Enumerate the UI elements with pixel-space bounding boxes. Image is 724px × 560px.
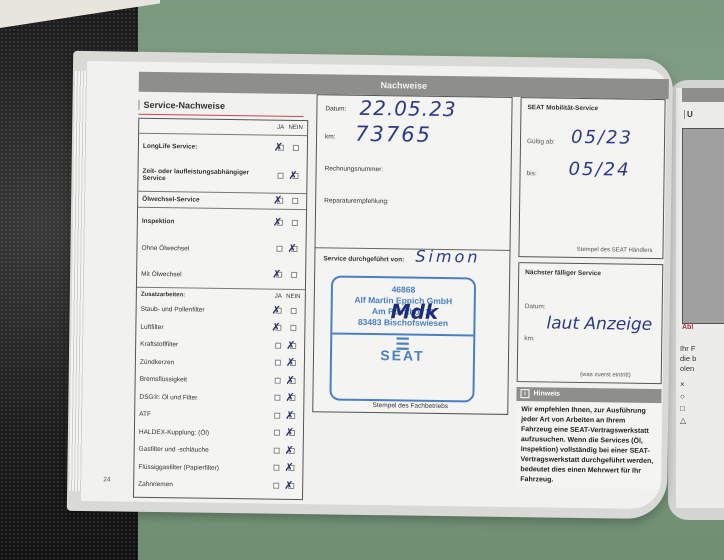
- naechster-datum-label: Datum:: [525, 303, 546, 310]
- checkbox-nein[interactable]: ✗: [286, 246, 301, 254]
- check-mark-icon: ✗: [288, 169, 297, 182]
- checklist-label: ATF: [139, 411, 269, 420]
- checklist-label: HALDEX-Kupplung: (Öl): [139, 429, 269, 438]
- gueltig-value: 05/23: [571, 127, 633, 149]
- checkbox-nein[interactable]: ✗: [284, 448, 299, 456]
- checklist-label: Flüssiggasfilter (Papierfilter): [138, 464, 268, 473]
- checkbox-ja[interactable]: [269, 412, 284, 420]
- reparaturempfehlung-label: Reparaturempfehlung:: [324, 197, 389, 205]
- checklist-label: DSG®: Öl und Filter: [139, 394, 269, 403]
- checklist-label: Mit Ölwechsel: [141, 270, 271, 279]
- checkbox-ja[interactable]: [269, 430, 284, 438]
- checkbox-nein[interactable]: ✗: [285, 378, 300, 386]
- next-page-red-label: Abl: [682, 324, 693, 331]
- checkbox-nein[interactable]: ✗: [284, 430, 299, 438]
- checkbox-ja[interactable]: ✗: [270, 325, 285, 333]
- column-nein: NEIN: [288, 125, 303, 131]
- column-ja: JA: [271, 293, 286, 299]
- check-mark-icon: ✗: [284, 461, 293, 474]
- page-number: 24: [103, 476, 110, 483]
- checkbox-nein[interactable]: ✗: [283, 483, 298, 491]
- checkbox-ja[interactable]: [272, 173, 287, 181]
- checkbox-nein[interactable]: ✗: [285, 343, 300, 351]
- checkbox-square-icon: [292, 144, 298, 150]
- column-ja: JA: [273, 125, 288, 131]
- checklist-row: Zahnriemen✗: [134, 476, 302, 496]
- check-mark-icon: ✗: [287, 242, 296, 255]
- checkbox-nein[interactable]: [286, 308, 301, 316]
- checkbox-square-icon: [274, 412, 280, 418]
- dealer-stamp: 46868 Alf Martin Eppich GmbH Am Pointhof…: [329, 275, 476, 402]
- check-mark-icon: ✗: [286, 356, 295, 369]
- next-page-text: Ihr F die b olen: [680, 344, 696, 374]
- hinweis-title: Hinweis: [533, 390, 560, 397]
- check-mark-icon: ✗: [285, 409, 294, 422]
- rechnungsnummer-label: Rechnungsnummer:: [325, 165, 384, 173]
- checkbox-square-icon: [290, 325, 296, 331]
- checkbox-square-icon: [277, 173, 283, 179]
- square-symbol-icon: □: [680, 404, 685, 413]
- naechster-title: Nächster fälliger Service: [525, 269, 601, 277]
- check-mark-icon: ✗: [271, 321, 280, 334]
- checkbox-square-icon: [291, 272, 297, 278]
- checklist-row: Ohne Ölwechsel✗: [137, 235, 305, 263]
- checkbox-square-icon: [290, 308, 296, 314]
- checklist-row: Mit Ölwechsel✗: [137, 261, 305, 289]
- checkbox-square-icon: [274, 377, 280, 383]
- km-value: 73765: [355, 122, 432, 147]
- check-mark-icon: ✗: [285, 426, 294, 439]
- checkbox-ja[interactable]: [269, 395, 284, 403]
- naechster-caption: (was zuerst eintritt): [580, 372, 631, 379]
- bis-value: 05/24: [568, 159, 630, 181]
- checkbox-ja[interactable]: [268, 465, 283, 473]
- check-mark-icon: ✗: [272, 268, 281, 281]
- naechster-km-label: km:: [524, 335, 535, 342]
- service-booklet: Nachweise Service-Nachweise JA NEIN Long…: [67, 51, 673, 519]
- checkbox-nein[interactable]: ✗: [283, 465, 298, 473]
- durchgefuehrt-value: Simon: [415, 247, 480, 267]
- hinweis-header: iHinweis: [516, 387, 661, 403]
- checklist-label: Gasfilter und -schläuche: [139, 446, 269, 455]
- checkbox-square-icon: [273, 465, 279, 471]
- checkbox-nein[interactable]: [287, 197, 302, 205]
- check-mark-icon: ✗: [285, 444, 294, 457]
- next-page: U Abl Ihr F die b olen × ○ □ △: [668, 80, 724, 520]
- check-mark-icon: ✗: [273, 215, 282, 228]
- checkbox-ja[interactable]: [269, 447, 284, 455]
- stamp-brand: SEAT: [332, 349, 473, 362]
- stamp-caption: Stempel des Fachbetriebs: [313, 401, 507, 411]
- checkbox-ja[interactable]: [270, 360, 285, 368]
- cross-symbol-icon: ×: [680, 380, 685, 389]
- checklist-row: Zeit- oder laufleistungsabhängiger Servi…: [138, 159, 306, 193]
- checkbox-square-icon: [273, 447, 279, 453]
- checkbox-square-icon: [274, 360, 280, 366]
- checkbox-ja[interactable]: [270, 377, 285, 385]
- checkbox-ja[interactable]: ✗: [272, 197, 287, 205]
- check-mark-icon: ✗: [273, 193, 282, 206]
- checklist-label: Ölwechsel-Service: [142, 196, 272, 205]
- check-mark-icon: ✗: [285, 391, 294, 404]
- checklist-label: Zündkerzen: [140, 359, 270, 368]
- checkbox-ja[interactable]: [268, 482, 283, 490]
- durchgefuehrt-label: Service durchgeführt von:: [323, 255, 404, 263]
- checkbox-square-icon: [273, 482, 279, 488]
- title-underline: [138, 114, 303, 117]
- checklist-label: Luftfilter: [140, 324, 270, 333]
- check-mark-icon: ✗: [286, 374, 295, 387]
- checkbox-ja[interactable]: [271, 246, 286, 254]
- booklet-page: Nachweise Service-Nachweise JA NEIN Long…: [81, 61, 667, 509]
- check-mark-icon: ✗: [284, 479, 293, 492]
- mobilitaet-caption: Stempel des SEAT Händlers: [577, 247, 653, 254]
- checkbox-nein[interactable]: ✗: [287, 173, 302, 181]
- column-nein: NEIN: [286, 293, 301, 299]
- naechster-service: Nächster fälliger Service Datum: km: lau…: [517, 262, 664, 384]
- checklist-label: Inspektion: [142, 218, 272, 227]
- service-nachweise-title: Service-Nachweise: [138, 100, 225, 111]
- service-record: Datum: 22.05.23 km: 73765 Rechnungsnumme…: [312, 94, 512, 415]
- checklist-label: Zahnriemen: [138, 481, 268, 490]
- check-mark-icon: ✗: [272, 303, 281, 316]
- checkbox-nein[interactable]: ✗: [284, 413, 299, 421]
- triangle-symbol-icon: △: [680, 416, 686, 425]
- service-checklist: JA NEIN LongLife Service:✗Zeit- oder lau…: [133, 118, 308, 500]
- checklist-label: Ohne Ölwechsel: [141, 244, 271, 253]
- checkbox-square-icon: [275, 342, 281, 348]
- checkbox-square-icon: [291, 219, 297, 225]
- checkbox-nein[interactable]: [285, 325, 300, 333]
- datum-value: 22.05.23: [359, 96, 456, 121]
- checkbox-ja[interactable]: ✗: [271, 272, 286, 280]
- checklist-label: LongLife Service:: [143, 143, 273, 152]
- mobilitaet-service: SEAT Mobilität-Service Gültig ab: 05/23 …: [518, 97, 665, 259]
- checkbox-ja[interactable]: ✗: [271, 307, 286, 315]
- checkbox-square-icon: [292, 197, 298, 203]
- signature: Mdk: [391, 306, 439, 318]
- checkbox-nein[interactable]: ✗: [285, 360, 300, 368]
- checkbox-nein[interactable]: [286, 272, 301, 280]
- checkbox-ja[interactable]: ✗: [272, 219, 287, 227]
- hinweis-text: Wir empfehlen Ihnen, zur Ausführung jede…: [515, 401, 661, 491]
- checkbox-nein[interactable]: [288, 144, 303, 152]
- next-page-tab: U: [684, 110, 693, 119]
- checkbox-nein[interactable]: ✗: [284, 395, 299, 403]
- checkbox-square-icon: [273, 430, 279, 436]
- checkbox-square-icon: [274, 395, 280, 401]
- checklist-row: Inspektion✗: [138, 207, 306, 237]
- circle-symbol-icon: ○: [680, 392, 685, 401]
- checklist-row: LongLife Service:✗: [139, 133, 307, 161]
- bis-label: bis:: [527, 170, 537, 177]
- mobilitaet-title: SEAT Mobilität-Service: [527, 104, 598, 112]
- datum-label: Datum:: [325, 105, 346, 112]
- checkbox-ja[interactable]: [270, 342, 285, 350]
- zusatz-title: Zusatzarbeiten:: [141, 291, 271, 299]
- hinweis-box: iHinweis Wir empfehlen Ihnen, zur Ausfüh…: [515, 387, 661, 489]
- km-label: km:: [325, 133, 336, 140]
- checkbox-ja[interactable]: ✗: [273, 144, 288, 152]
- checklist-label: Zeit- oder laufleistungsabhängiger Servi…: [142, 168, 272, 184]
- checkbox-nein[interactable]: [287, 219, 302, 227]
- checklist-label: Bremsflüssigkeit: [140, 376, 270, 385]
- checkbox-square-icon: [276, 246, 282, 252]
- checklist-label: Kraftstofffilter: [140, 341, 270, 350]
- info-icon: i: [520, 389, 529, 398]
- check-mark-icon: ✗: [274, 140, 283, 153]
- check-mark-icon: ✗: [286, 339, 295, 352]
- naechster-handwritten: laut Anzeige: [546, 313, 652, 334]
- checklist-label: Staub- und Pollenfilter: [141, 306, 271, 315]
- gueltig-label: Gültig ab:: [527, 138, 555, 145]
